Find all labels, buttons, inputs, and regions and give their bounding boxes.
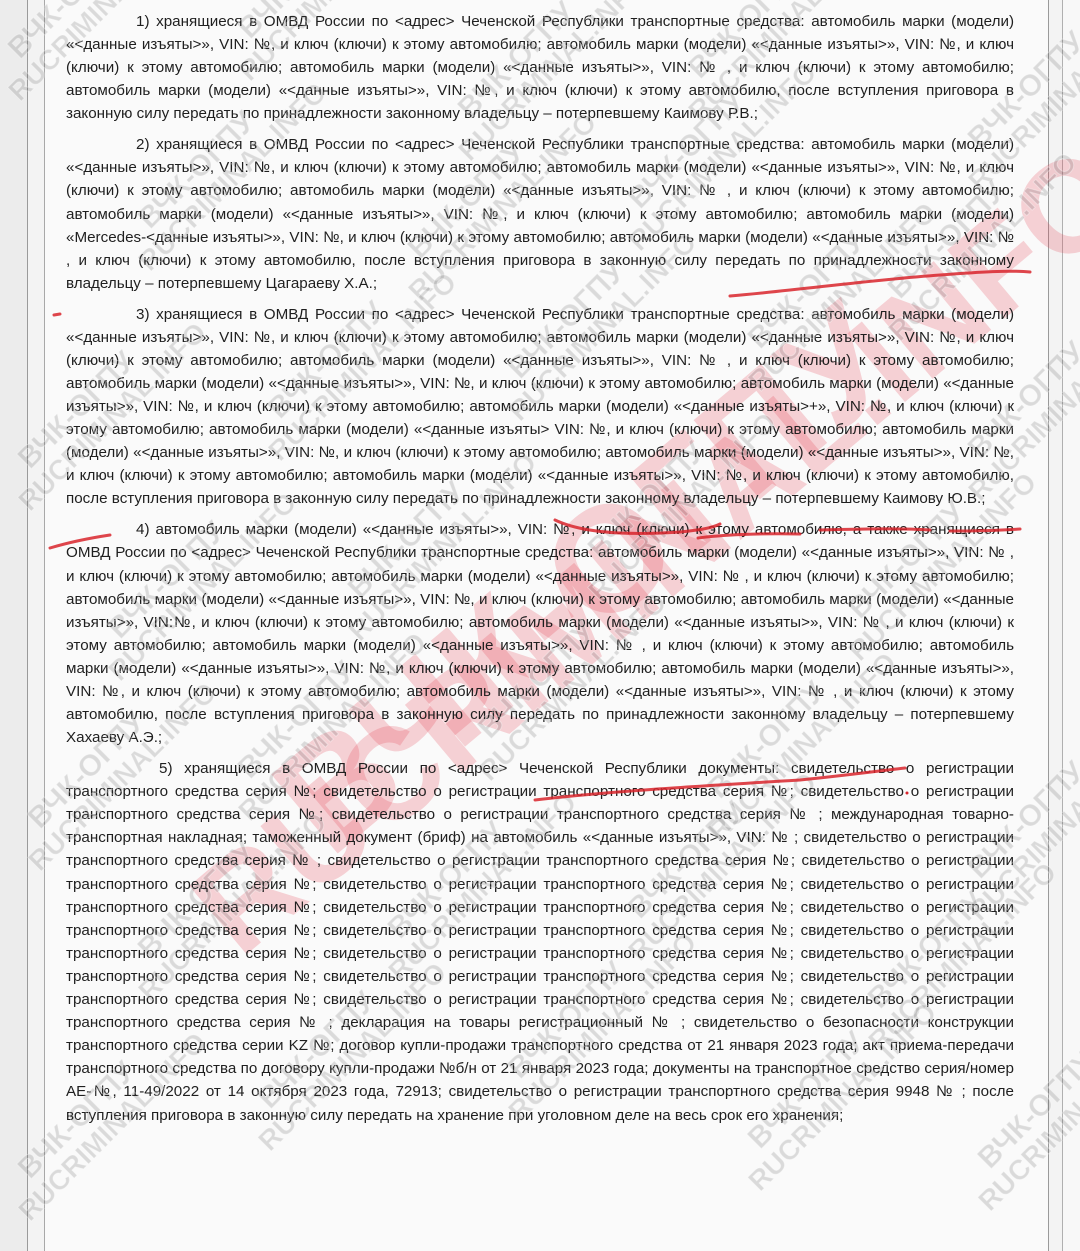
right-page-margin — [1062, 0, 1080, 1251]
paragraph-item-5: 5) хранящиеся в ОМВД России по <адрес> Ч… — [66, 757, 1014, 1127]
paragraph-item-4: 4) автомобиль марки (модели) «<данные из… — [66, 518, 1014, 749]
left-page-margin — [0, 0, 28, 1251]
document-body: 1) хранящиеся в ОМВД России по <адрес> Ч… — [66, 10, 1014, 1134]
paragraph-item-1: 1) хранящиеся в ОМВД России по <адрес> Ч… — [66, 10, 1014, 125]
paragraph-item-2: 2) хранящиеся в ОМВД России по <адрес> Ч… — [66, 133, 1014, 295]
paragraph-item-3: 3) хранящиеся в ОМВД России по <адрес> Ч… — [66, 303, 1014, 511]
